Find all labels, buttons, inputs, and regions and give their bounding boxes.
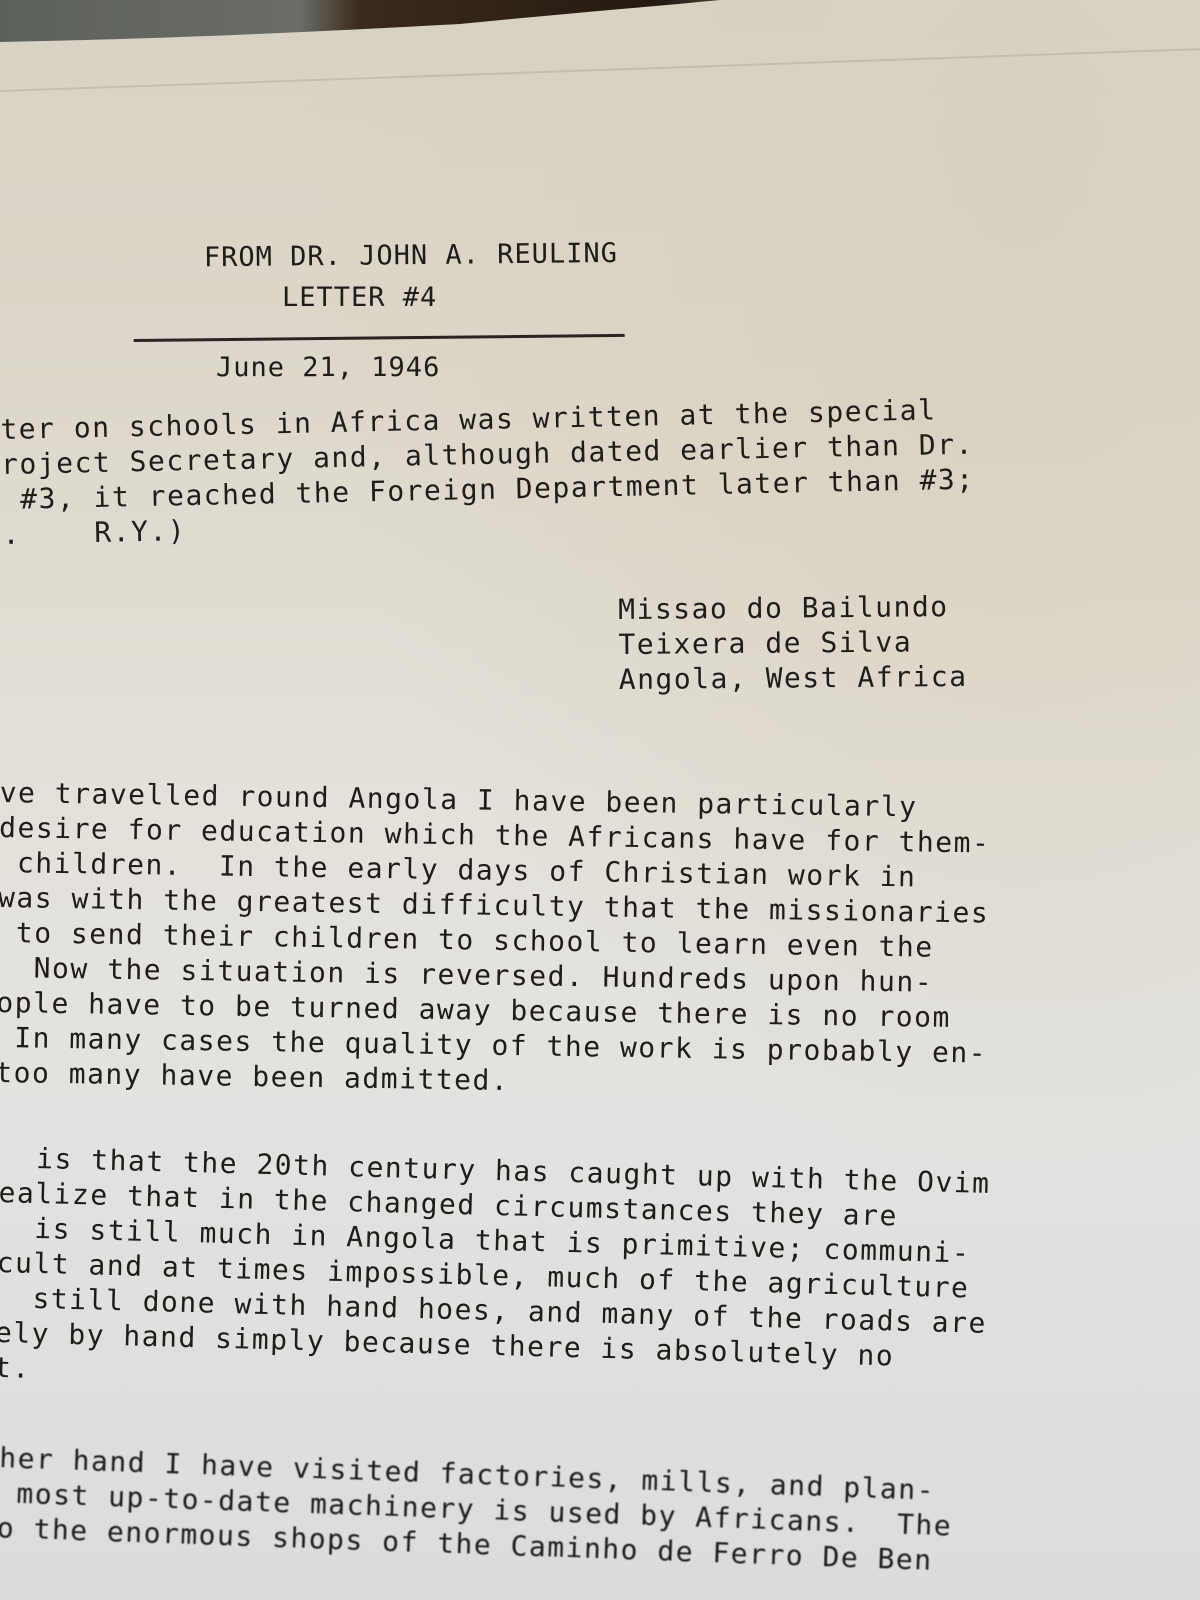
address-line: Teixera de Silva — [618, 624, 967, 662]
letter-number: LETTER #4 — [282, 282, 437, 313]
paper-fold-crease — [0, 48, 1199, 92]
paragraph-1: ve travelled round Angola I have been pa… — [0, 775, 991, 1106]
paragraph-2: is that the 20th century has caught up w… — [0, 1140, 991, 1411]
address-line: Missao do Bailundo — [618, 589, 967, 627]
sender-address: Missao do Bailundo Teixera de Silva Ango… — [618, 589, 968, 697]
paragraph-3: her hand I have visited factories, mills… — [0, 1440, 954, 1578]
letter-date: June 21, 1946 — [216, 352, 440, 383]
letter-heading: FROM DR. JOHN A. REULING — [134, 207, 618, 336]
typewritten-page: FROM DR. JOHN A. REULING LETTER #4 June … — [0, 0, 1200, 1600]
heading-underline — [134, 334, 625, 342]
editor-note: ter on schools in Africa was written at … — [0, 392, 976, 552]
heading-text: FROM DR. JOHN A. REULING — [204, 238, 618, 273]
address-line: Angola, West Africa — [619, 659, 968, 697]
